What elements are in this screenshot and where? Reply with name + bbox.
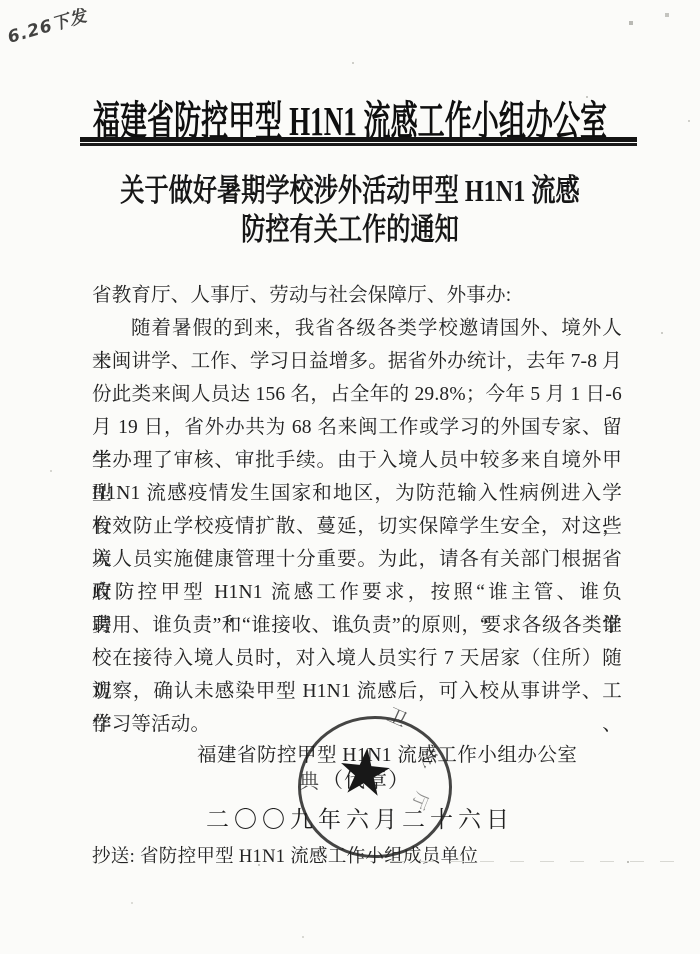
recipient-line: 省教育厅、人事厅、劳动与社会保障厅、外事办: [92, 279, 622, 312]
notice-title-line2: 防控有关工作的通知 [241, 204, 459, 249]
notice-body: 省教育厅、人事厅、劳动与社会保障厅、外事办: 随着暑假的到来，我省各级各类学校邀… [92, 279, 622, 741]
body-line: 府防控甲型 H1N1 流感工作要求，按照“谁主管、谁负责”、“谁 [92, 576, 622, 609]
scan-artifact-dash [390, 861, 690, 862]
scan-noise-specks [0, 0, 2, 2]
body-line: 境人员实施健康管理十分重要。为此，请各有关部门根据省政 [92, 543, 622, 576]
cc-line: 抄送: 省防控甲型 H1N1 流感工作小组成员单位 [92, 842, 478, 868]
body-line: 生办理了审核、审批手续。由于入境人员中较多来自境外甲型 [92, 444, 622, 477]
body-line: 月 19 日，省外办共为 68 名来闽工作或学习的外国专家、留学 [92, 411, 622, 444]
body-line: 随着暑假的到来，我省各级各类学校邀请国外、境外人士 [92, 312, 622, 345]
handwritten-date-note: 6.26下发 [4, 1, 90, 48]
body-line: 聘用、谁负责”和“谁接收、谁负责”的原则，要求各级各类学 [92, 609, 622, 642]
body-line: 有效防止学校疫情扩散、蔓延，切实保障学生安全，对这些入 [92, 510, 622, 543]
letterhead-divider [80, 137, 637, 146]
body-line: H1N1 流感疫情发生国家和地区，为防范输入性病例进入学校， [92, 477, 622, 510]
document-page: 6.26下发 福建省防控甲型 H1N1 流感工作小组办公室 关于做好暑期学校涉外… [0, 0, 700, 954]
body-line: 份此类来闽人员达 156 名，占全年的 29.8%；今年 5 月 1 日-6 [92, 378, 622, 411]
seal-star-icon: ★ [333, 738, 397, 808]
body-line: 观察，确认未感染甲型 H1N1 流感后，可入校从事讲学、工作、 [92, 675, 622, 708]
body-line: 校在接待入境人员时，对入境人员实行 7 天居家（住所）随访 [92, 642, 622, 675]
body-line: 来闽讲学、工作、学习日益增多。据省外办统计，去年 7-8 月 [92, 345, 622, 378]
